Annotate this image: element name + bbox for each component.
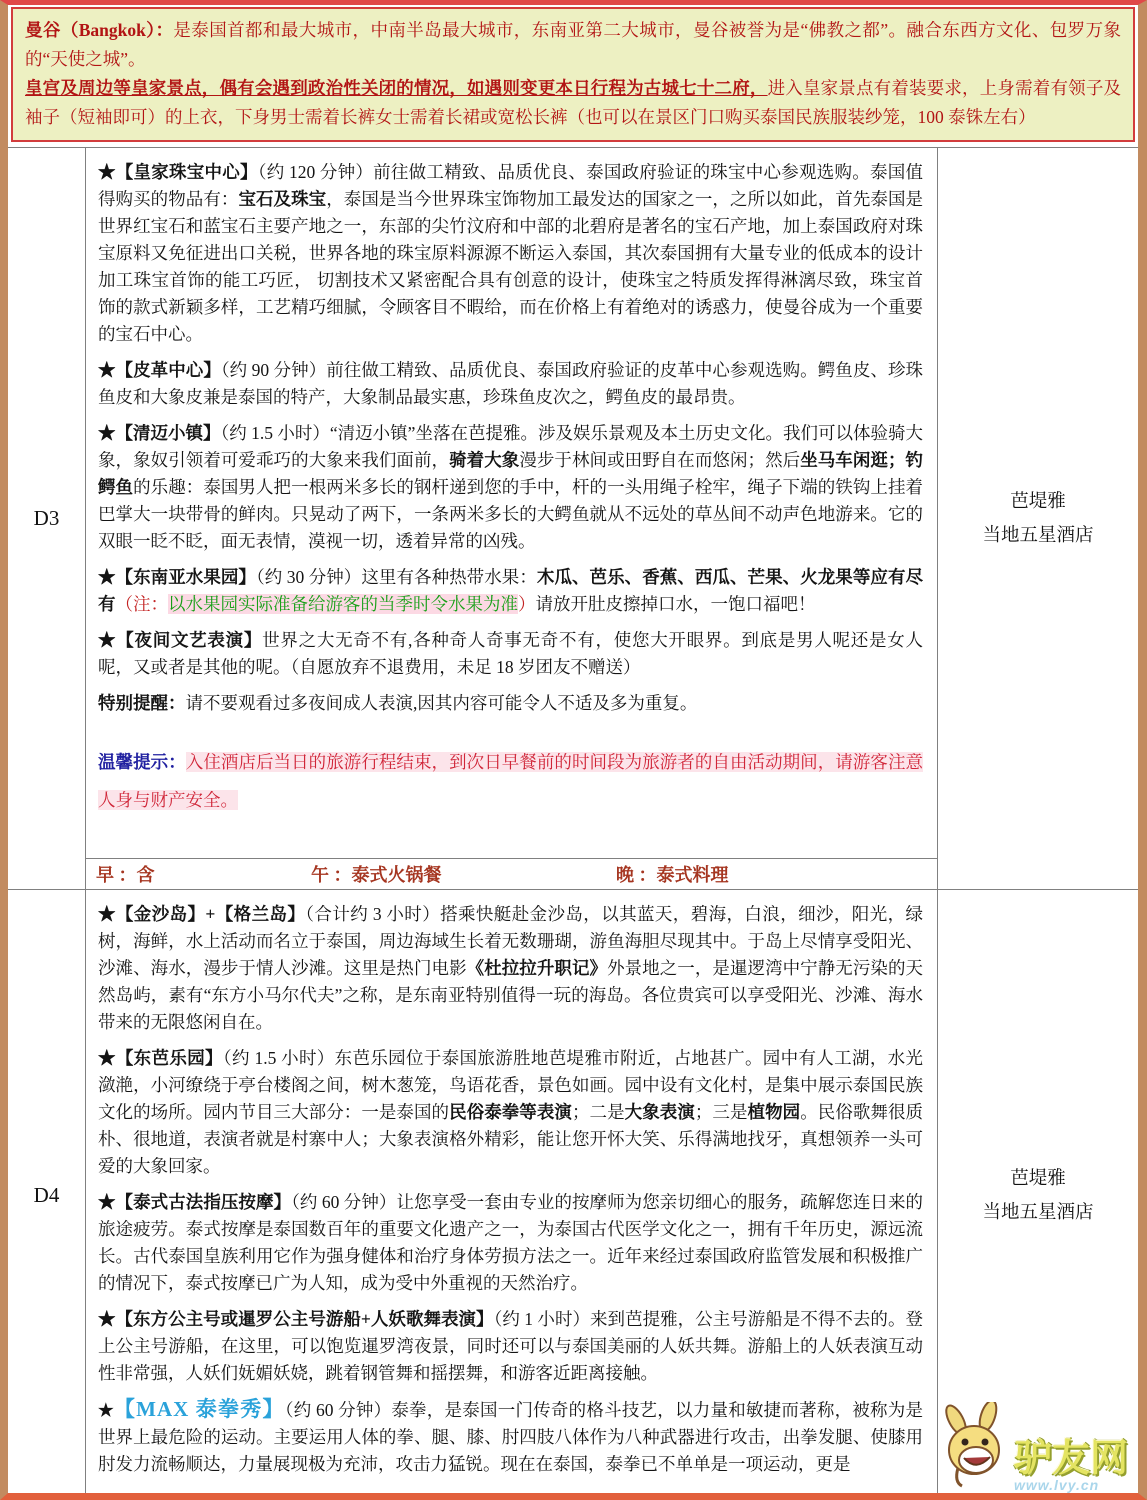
text-run: 漫步于林间或田野自在而悠闲；然后 [519, 450, 800, 470]
text-run: ★【东方公主号或暹罗公主号游船+人妖歌舞表演】 [98, 1309, 494, 1329]
paragraph: ★【东方公主号或暹罗公主号游船+人妖歌舞表演】（约 1 小时）来到芭提雅，公主号… [98, 1306, 923, 1387]
paragraph: ★【东南亚水果园】（约 30 分钟）这里有各种热带水果：木瓜、芭乐、香蕉、西瓜、… [98, 564, 923, 618]
text-run: 特别提醒： [98, 693, 186, 713]
text-run: 宝石及珠宝 [238, 189, 326, 209]
day3-meal-row: 早 ：含 午 ：泰式火锅餐 晚 ：泰式料理 [86, 858, 937, 889]
hotel-city: 芭堤雅 [1010, 485, 1066, 519]
text-run: ★【夜间文艺表演】 [98, 630, 262, 650]
text-run: 入住酒店后当日的旅游行程结束，到次日早餐前的时间段为旅游者的自由活动期间，请游客… [98, 752, 923, 810]
meal-lunch: 午 ：泰式火锅餐 [311, 861, 616, 887]
paragraph: ★【夜间文艺表演】世界之大无奇不有,各种奇人奇事无奇不有，使您大开眼界。到底是男… [98, 627, 923, 681]
paragraph: ★【泰式古法指压按摩】（约 60 分钟）让您享受一套由专业的按摩师为您亲切细心的… [98, 1189, 923, 1297]
text-run: ★【皮革中心】 [98, 360, 221, 380]
text-run: 骑着大象 [449, 450, 519, 470]
text-run: 请放开肚皮擦掉口水，一饱口福吧！ [536, 594, 816, 614]
paragraph: 温馨提示：入住酒店后当日的旅游行程结束，到次日早餐前的时间段为旅游者的自由活动期… [98, 743, 923, 819]
day3-paragraphs: ★【皇家珠宝中心】（约 120 分钟）前往做工精致、品质优良、泰国政府验证的珠宝… [86, 148, 937, 858]
paragraph: ★【清迈小镇】（约 1.5 小时）“清迈小镇”坐落在芭提雅。涉及娱乐景观及本土历… [98, 420, 923, 555]
text-run: （约 30 分钟）这里有各种热带水果： [256, 567, 537, 587]
itinerary-table: D3 ★【皇家珠宝中心】（约 120 分钟）前往做工精致、品质优良、泰国政府验证… [8, 147, 1138, 1500]
text-run: ；二是 [572, 1102, 625, 1122]
paragraph: ★【皮革中心】（约 90 分钟）前往做工精致、品质优良、泰国政府验证的皮革中心参… [98, 357, 923, 411]
text-run: ，泰国是当今世界珠宝饰物加工最发达的国家之一，之所以如此，首先泰国是世界红宝石和… [98, 189, 923, 344]
day3-content-cell: ★【皇家珠宝中心】（约 120 分钟）前往做工精致、品质优良、泰国政府验证的珠宝… [86, 148, 938, 889]
text-run: 请不要观看过多夜间成人表演,因其内容可能令人不适及多为重复。 [186, 693, 698, 713]
text-run: ★【东芭乐园】 [98, 1048, 223, 1068]
text-run: ★【东南亚水果园】 [98, 567, 256, 587]
text-run: 《杜拉拉升职记》 [467, 958, 607, 978]
text-run: ★【金沙岛】+【格兰岛】 [98, 904, 305, 924]
meal-breakfast: 早 ：含 [96, 861, 311, 887]
hotel-grade: 当地五星酒店 [982, 1196, 1093, 1230]
text-run: 曼谷（Bangkok）： [25, 20, 173, 40]
paragraph: ★【东芭乐园】（约 1.5 小时）东芭乐园位于泰国旅游胜地芭堤雅市附近，占地甚广… [98, 1045, 923, 1180]
text-run: （注： [116, 594, 169, 614]
text-run: ★【清迈小镇】 [98, 423, 221, 443]
day-label-d4: D4 [8, 890, 86, 1500]
text-run: 民俗泰拳等表演 [449, 1102, 572, 1122]
hotel-city: 芭堤雅 [1010, 1162, 1066, 1196]
itinerary-page: 曼谷（Bangkok）：是泰国首都和最大城市，中南半岛最大城市，东南亚第二大城市… [0, 0, 1147, 1500]
hotel-grade: 当地五星酒店 [982, 519, 1093, 553]
text-run: ★ [98, 1400, 114, 1420]
text-run: 是泰国首都和最大城市，中南半岛最大城市，东南亚第二大城市，曼谷被誉为是“佛教之都… [25, 20, 1121, 69]
text-run: ） [518, 594, 536, 614]
day4-content-cell: ★【金沙岛】+【格兰岛】（合计约 3 小时）搭乘快艇赴金沙岛，以其蓝天，碧海，白… [86, 890, 938, 1500]
day3-hotel-cell: 芭堤雅 当地五星酒店 [938, 148, 1138, 889]
day-row-d3: D3 ★【皇家珠宝中心】（约 120 分钟）前往做工精致、品质优良、泰国政府验证… [8, 148, 1138, 890]
site-url: www.lvy.cn [1014, 1477, 1099, 1493]
text-run: 的乐趣：泰国男人把一根两米多长的钢杆递到您的手中，杆的一头用绳子栓牢，绳子下端的… [98, 477, 923, 551]
text-run: 【MAX 泰拳秀】 [114, 1397, 285, 1421]
text-run: ★【皇家珠宝中心】 [98, 162, 258, 182]
text-run: 以水果园实际准备给游客的当季时令水果为准 [168, 594, 518, 614]
text-run: ；三是 [695, 1102, 748, 1122]
palace-dresscode-note: 皇宫及周边等皇家景点，偶有会遇到政治性关闭的情况，如遇则变更本日行程为古城七十二… [25, 74, 1121, 132]
meal-dinner: 晚 ：泰式料理 [616, 861, 937, 887]
text-run: 皇宫及周边等皇家景点，偶有会遇到政治性关闭的情况，如遇则变更本日行程为古城七十二… [25, 78, 768, 98]
text-run: 温馨提示： [98, 752, 186, 772]
text-run: 大象表演 [625, 1102, 695, 1122]
text-run: 植物园 [748, 1102, 801, 1122]
paragraph: ★【MAX 泰拳秀】（约 60 分钟）泰拳，是泰国一门传奇的格斗技艺，以力量和敏… [98, 1396, 923, 1478]
text-run: ★【泰式古法指压按摩】 [98, 1192, 291, 1212]
paragraph: ★【皇家珠宝中心】（约 120 分钟）前往做工精致、品质优良、泰国政府验证的珠宝… [98, 159, 923, 348]
site-watermark: 驴友网 www.lvy.cn [938, 1402, 1128, 1493]
header-note: 曼谷（Bangkok）：是泰国首都和最大城市，中南半岛最大城市，东南亚第二大城市… [11, 7, 1135, 142]
text-run: （约 90 分钟）前往做工精致、品质优良、泰国政府验证的皮革中心参观选购。鳄鱼皮… [98, 360, 923, 407]
day4-paragraphs: ★【金沙岛】+【格兰岛】（合计约 3 小时）搭乘快艇赴金沙岛，以其蓝天，碧海，白… [86, 890, 937, 1500]
donkey-mascot-icon [938, 1402, 1012, 1493]
site-name: 驴友网 [1014, 1441, 1128, 1477]
paragraph: 特别提醒：请不要观看过多夜间成人表演,因其内容可能令人不适及多为重复。 [98, 690, 923, 717]
paragraph: ★【金沙岛】+【格兰岛】（合计约 3 小时）搭乘快艇赴金沙岛，以其蓝天，碧海，白… [98, 901, 923, 1036]
bangkok-intro: 曼谷（Bangkok）：是泰国首都和最大城市，中南半岛最大城市，东南亚第二大城市… [25, 16, 1121, 74]
day-label-d3: D3 [8, 148, 86, 889]
